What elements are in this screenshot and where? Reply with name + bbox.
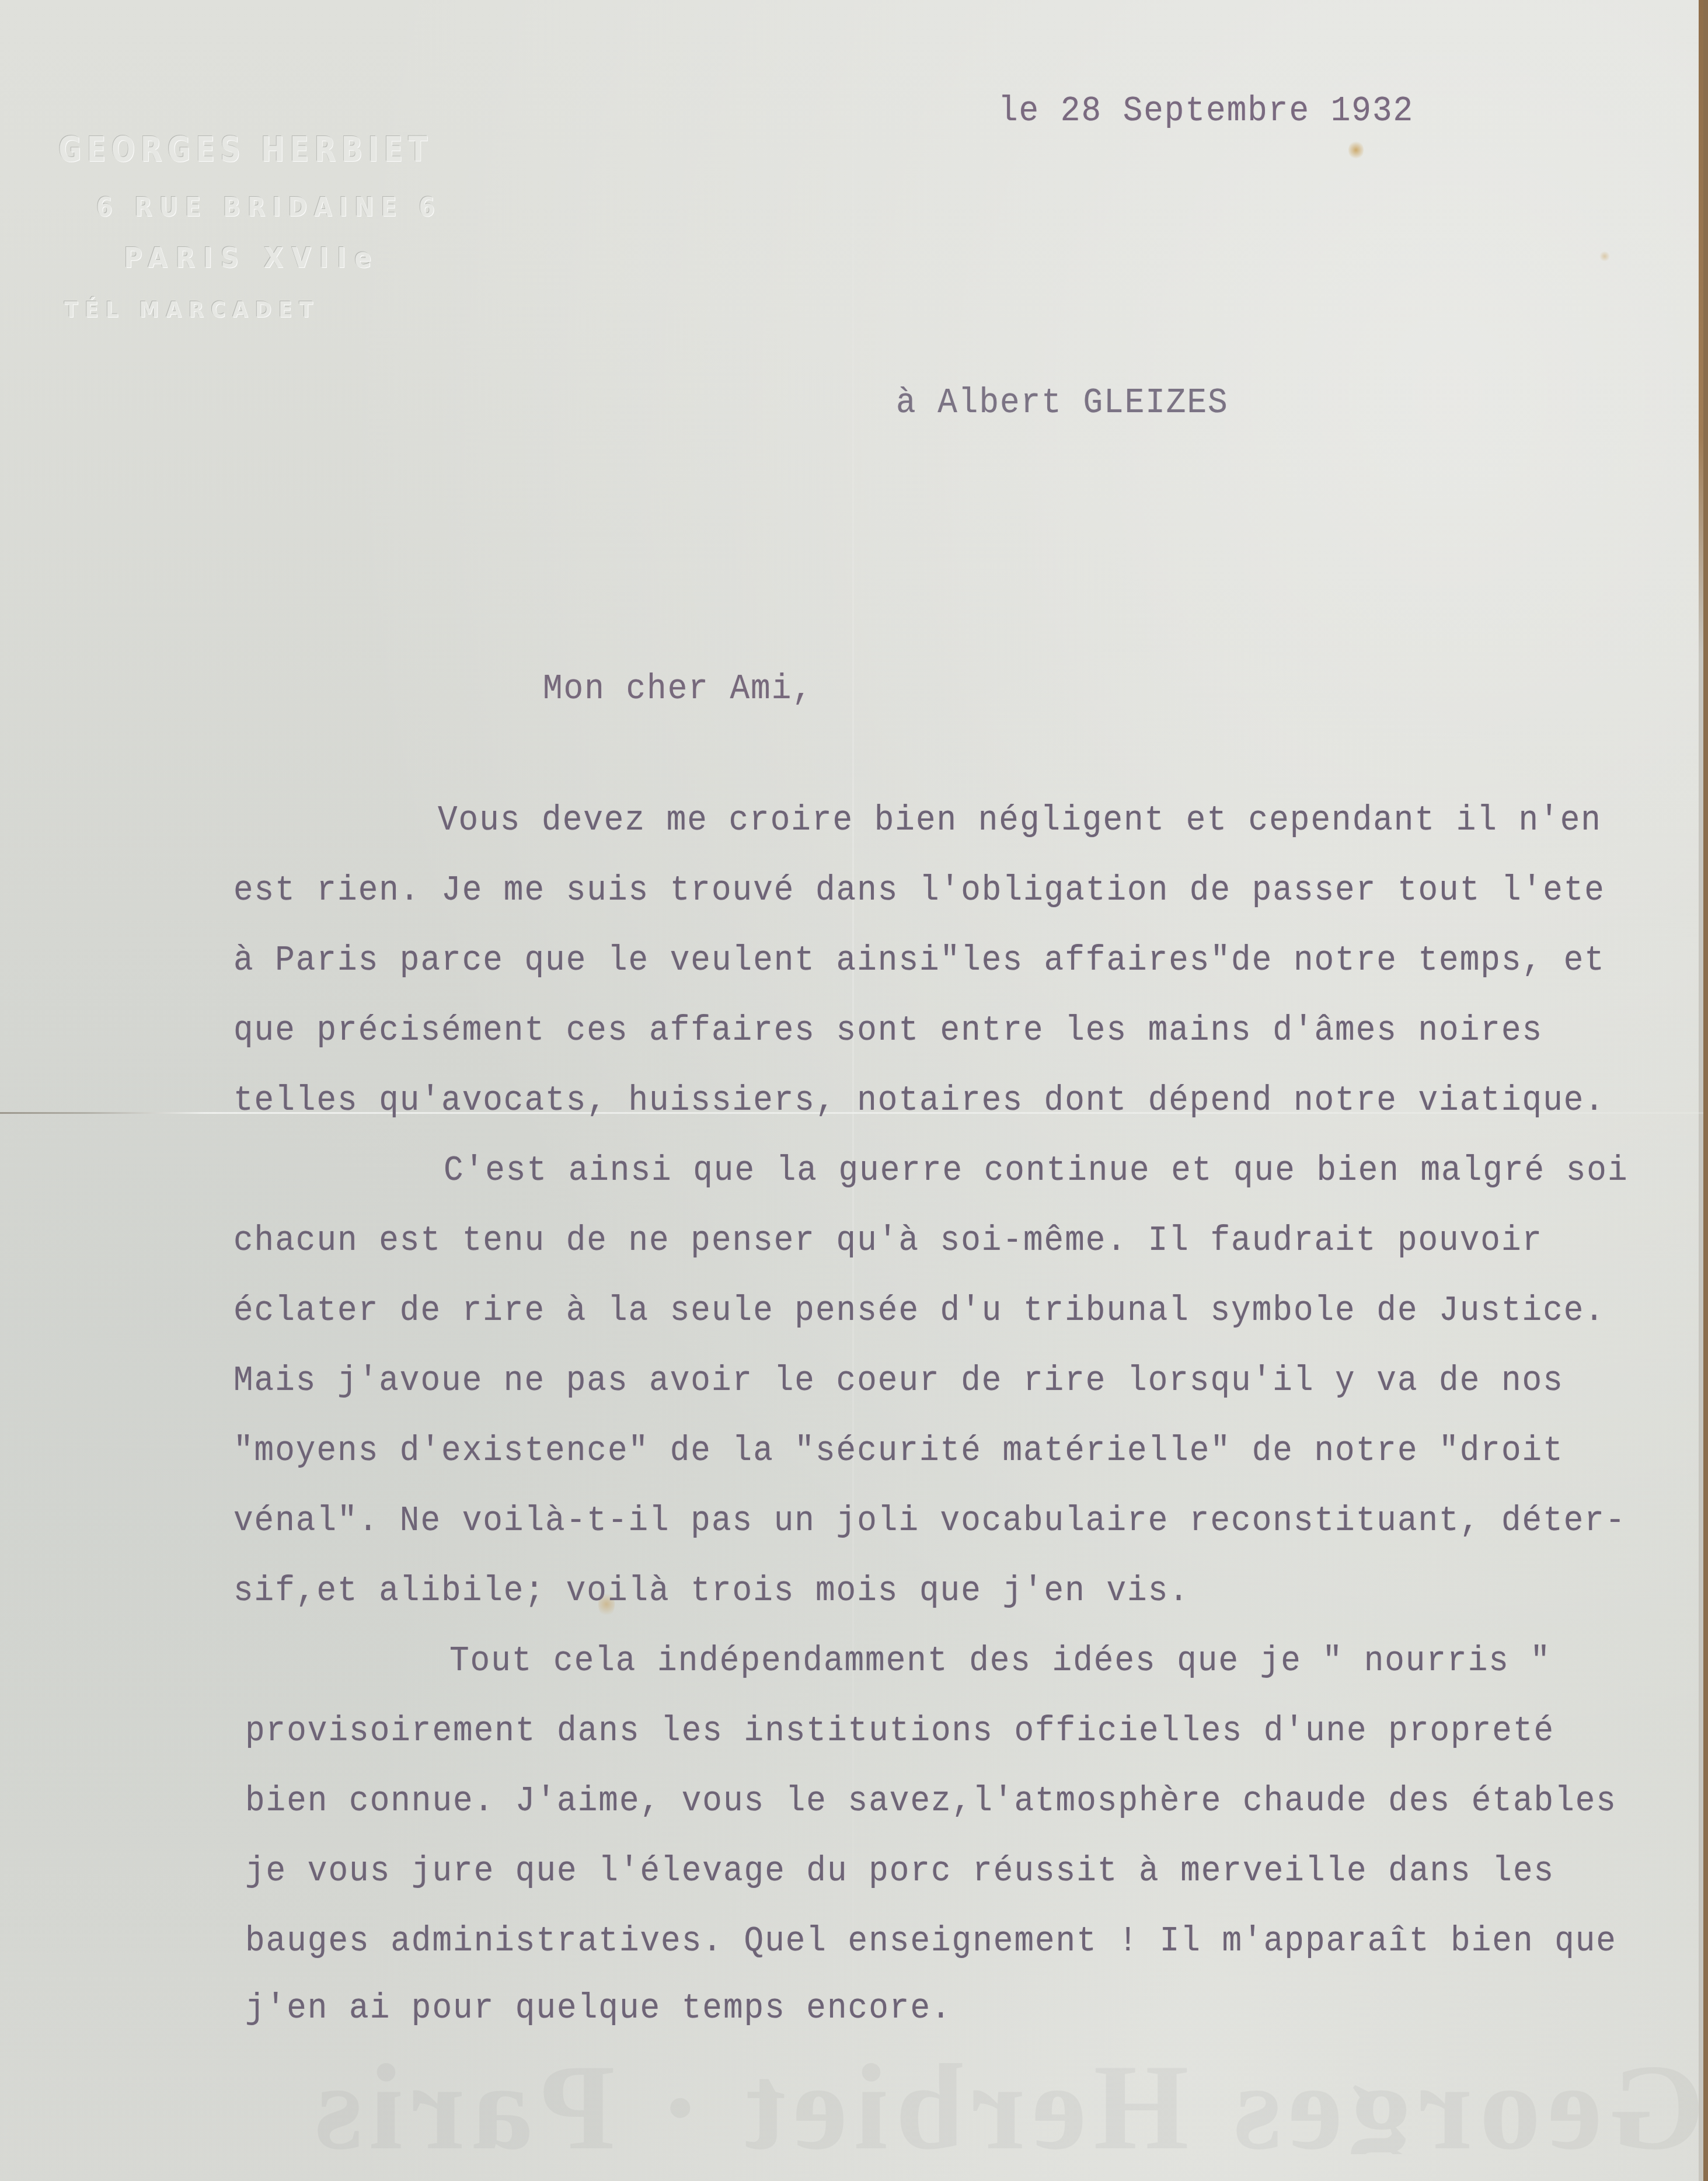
body-line: je vous jure que l'élevage du porc réuss… [245,1851,1554,1891]
letterhead-telephone: TÉL MARCADET [64,297,320,322]
body-line: bien connue. J'aime, vous le savez,l'atm… [245,1781,1617,1821]
body-line: C'est ainsi que la guerre continue et qu… [444,1150,1629,1190]
letter-page: GEORGES HERBIET 6 RUE BRIDAINE 6 PARIS X… [0,0,1703,2181]
background-edge [1699,0,1703,2181]
body-line: "moyens d'existence" de la "sécurité mat… [233,1430,1564,1471]
salutation: Mon cher Ami, [543,668,813,709]
body-line: Tout cela indépendamment des idées que j… [449,1640,1551,1681]
letterhead-name: GEORGES HERBIET [58,130,433,169]
body-line: sif,et alibile; voilà trois mois que j'e… [233,1570,1190,1611]
show-through-watermark: Georges Herbiet · Paris [35,2037,1703,2154]
body-line: bauges administratives. Quel enseignemen… [245,1921,1617,1961]
body-line: vénal". Ne voilà-t-il pas un joli vocabu… [233,1500,1626,1541]
foxing-stain [1599,251,1610,262]
foxing-stain [1348,140,1364,160]
body-line: chacun est tenu de ne penser qu'à soi-mê… [233,1220,1543,1260]
recipient-line: à Albert GLEIZES [896,382,1229,423]
body-line: que précisément ces affaires sont entre … [233,1010,1543,1050]
letter-date: le 28 Septembre 1932 [998,90,1414,131]
body-line: Vous devez me croire bien négligent et c… [438,800,1602,840]
body-line: éclater de rire à la seule pensée d'u tr… [233,1290,1605,1330]
body-line: est rien. Je me suis trouvé dans l'oblig… [233,870,1605,910]
body-line: telles qu'avocats, huissiers, notaires d… [233,1080,1605,1120]
body-line: Mais j'avoue ne pas avoir le coeur de ri… [233,1360,1564,1400]
letterhead-city: PARIS XVIIe [124,242,379,274]
letterhead-street: 6 RUE BRIDAINE 6 [96,193,442,222]
body-line: j'en ai pour quelque temps encore. [245,1988,952,2028]
body-line: provisoirement dans les institutions off… [245,1710,1554,1751]
body-line: à Paris parce que le veulent ainsi"les a… [233,940,1605,980]
